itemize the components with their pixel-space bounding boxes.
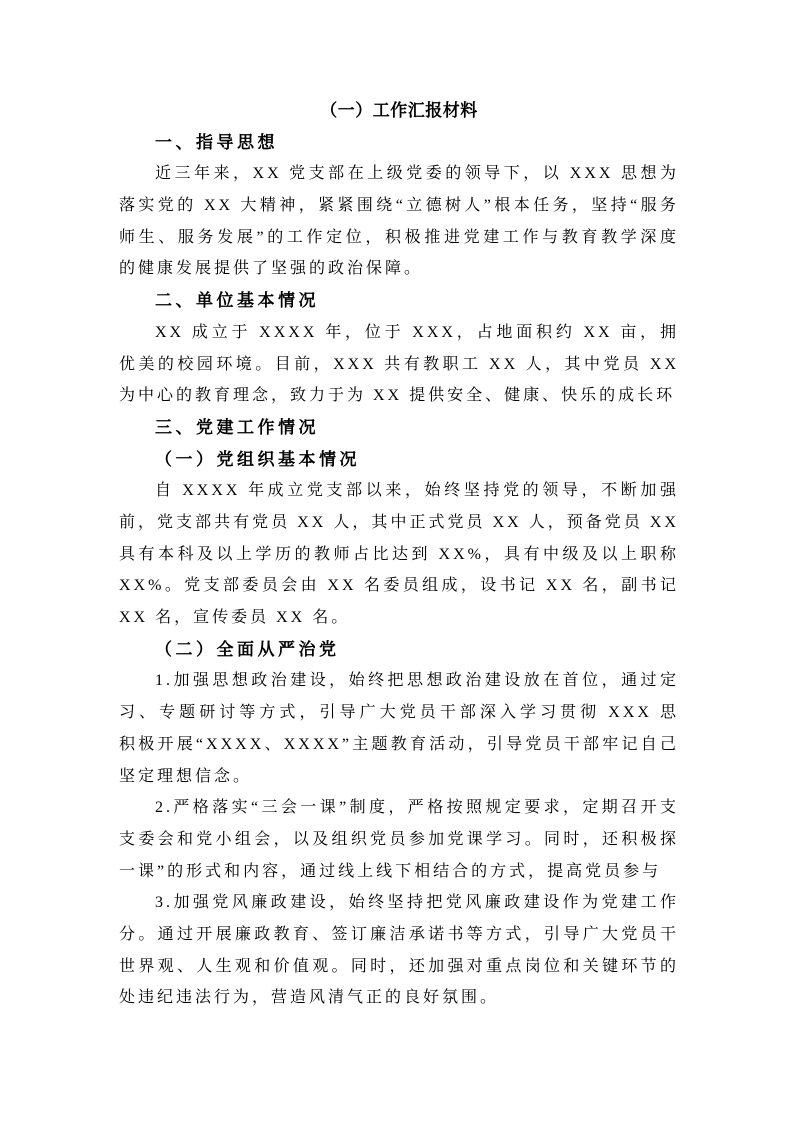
paragraph-text-line: 2.严格落实“三会一课”制度，严格按照规定要求，定期召开支部党员大会、 bbox=[119, 792, 679, 824]
paragraph-text-line: 前，党支部共有党员 XX 人，其中正式党员 XX 人，预备党员 XX 人。党员队… bbox=[119, 507, 679, 539]
paragraph-text-line: 的健康发展提供了坚强的政治保障。 bbox=[119, 253, 679, 285]
paragraph-text-line: 积极开展“XXXX、XXXX”主题教育活动，引导党员干部牢记自己的初心和使命， bbox=[119, 729, 679, 761]
paragraph-text-line: 具有本科及以上学历的教师占比达到 XX%，具有中级及以上职称的教师占比达到 bbox=[119, 539, 679, 571]
paragraph-text-line: 世界观、人生观和价值观。同时，还加强对重点岗位和关键环节的监督，严肃查 bbox=[119, 951, 679, 983]
paragraph-text-line: 分。通过开展廉政教育、签订廉洁承诺书等方式，引导广大党员干部树立正确的 bbox=[119, 919, 679, 951]
paragraph-text-line: XX 成立于 XXXX 年，位于 XXX，占地面积约 XX 亩，拥有现代化的教学… bbox=[119, 317, 679, 349]
section-heading: （一）党组织基本情况 bbox=[119, 444, 679, 476]
paragraph-text-line: 处违纪违法行为，营造风清气正的良好氛围。 bbox=[119, 982, 679, 1014]
paragraph-text-line: XX 名，宣传委员 XX 名。 bbox=[119, 602, 679, 634]
paragraph-text-line: 坚定理想信念。 bbox=[119, 761, 679, 793]
paragraph-text-line: XX%。党支部委员会由 XX 名委员组成，设书记 XX 名，副书记 XX 名，组… bbox=[119, 570, 679, 602]
paragraph-text-line: 师生、服务发展”的工作定位，积极推进党建工作与教育教学深度融合，为 XXX bbox=[119, 222, 679, 254]
section-heading: 二、单位基本情况 bbox=[119, 285, 679, 317]
paragraph-text-line: 落实党的 XX 大精神，紧紧围绕“立德树人”根本任务，坚持“服务大局、服务 bbox=[119, 190, 679, 222]
paragraph-text-line: 3.加强党风廉政建设，始终坚持把党风廉政建设作为党建工作的重要组成部 bbox=[119, 887, 679, 919]
document-content: （一）工作汇报材料一、指导思想近三年来，XX 党支部在上级党委的领导下，以 XX… bbox=[119, 95, 679, 1014]
section-heading: （二）全面从严治党 bbox=[119, 634, 679, 666]
paragraph-text-line: 习、专题研讨等方式，引导广大党员干部深入学习贯彻 XXX 思想。同时，我们还 bbox=[119, 697, 679, 729]
paragraph-text-line: 为中心的教育理念，致力于为 XX 提供安全、健康、快乐的成长环境。 bbox=[119, 380, 679, 412]
paragraph-text-line: 自 XXXX 年成立党支部以来，始终坚持党的领导，不断加强党组织建设。目 bbox=[119, 475, 679, 507]
section-heading: 三、党建工作情况 bbox=[119, 412, 679, 444]
paragraph-text-line: 近三年来，XX 党支部在上级党委的领导下，以 XXX 思想为指导，全面贯彻 bbox=[119, 158, 679, 190]
paragraph-text-line: 1.加强思想政治建设，始终把思想政治建设放在首位，通过定期组织集中学 bbox=[119, 665, 679, 697]
document-page: （一）工作汇报材料一、指导思想近三年来，XX 党支部在上级党委的领导下，以 XX… bbox=[0, 0, 793, 1122]
paragraph-text-line: 一课”的形式和内容，通过线上线下相结合的方式，提高党员参与度和学习效果。 bbox=[119, 856, 679, 888]
paragraph-text-line: 优美的校园环境。目前，XXX 共有教职工 XX 人，其中党员 XX 人。始终坚持… bbox=[119, 349, 679, 381]
paragraph-text-line: 支委会和党小组会，以及组织党员参加党课学习。同时，还积极探索创新“三会 bbox=[119, 824, 679, 856]
document-title: （一）工作汇报材料 bbox=[119, 95, 679, 127]
section-heading: 一、指导思想 bbox=[119, 127, 679, 159]
